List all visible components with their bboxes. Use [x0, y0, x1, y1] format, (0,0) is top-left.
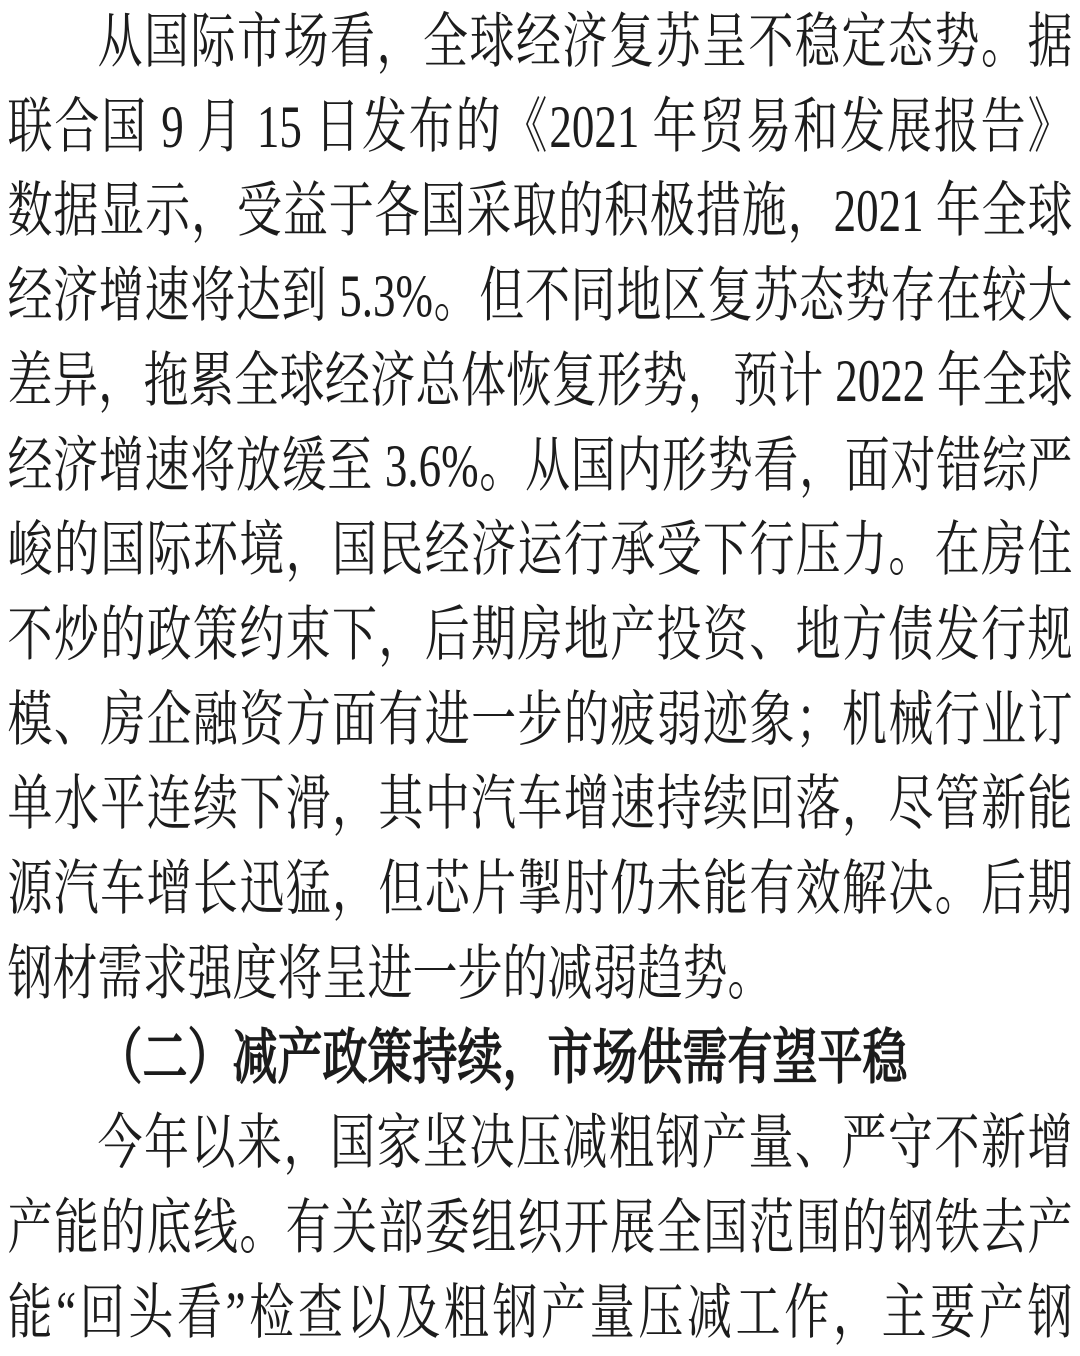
text-line: 源汽车增长迅猛，但芯片掣肘仍未能有效解决。后期 [8, 847, 1073, 932]
text-line: 钢材需求强度将呈进一步的减弱趋势。 [8, 932, 1073, 1017]
text-line: 经济增速将放缓至 3.6%。从国内形势看，面对错综严 [8, 424, 1073, 509]
text-line: 模、房企融资方面有进一步的疲弱迹象；机械行业订 [8, 678, 1073, 763]
document-page: 从国际市场看，全球经济复苏呈不稳定态势。据 联合国 9 月 15 日发布的《20… [0, 0, 1080, 1355]
section-heading: （二）减产政策持续，市场供需有望平稳 [8, 1016, 1073, 1101]
text-line: 产能的底线。有关部委组织开展全国范围的钢铁去产 [8, 1186, 1073, 1271]
text-line: 能“回头看”检查以及粗钢产量压减工作，主要产钢 [8, 1271, 1073, 1356]
text-line: 今年以来，国家坚决压减粗钢产量、严守不新增 [8, 1101, 1073, 1186]
text-line: 单水平连续下滑，其中汽车增速持续回落，尽管新能 [8, 762, 1073, 847]
text-line: 从国际市场看，全球经济复苏呈不稳定态势。据 [8, 0, 1073, 85]
text-line: 联合国 9 月 15 日发布的《2021 年贸易和发展报告》 [8, 85, 1073, 170]
text-line: 不炒的政策约束下，后期房地产投资、地方债发行规 [8, 593, 1073, 678]
text-line: 经济增速将达到 5.3%。但不同地区复苏态势存在较大 [8, 254, 1073, 339]
text-line: 数据显示，受益于各国采取的积极措施，2021 年全球 [8, 169, 1073, 254]
text-line: 差异，拖累全球经济总体恢复形势，预计 2022 年全球 [8, 339, 1073, 424]
text-line: 峻的国际环境，国民经济运行承受下行压力。在房住 [8, 508, 1073, 593]
